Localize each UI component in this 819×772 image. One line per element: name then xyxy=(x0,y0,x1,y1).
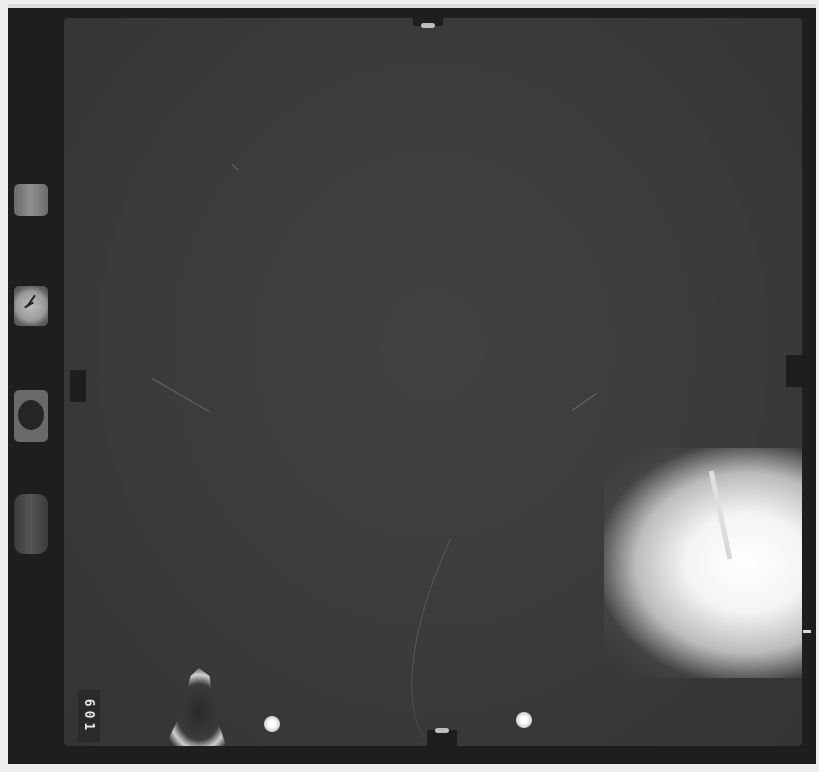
film-scratch xyxy=(232,164,239,170)
reflection-dot xyxy=(264,716,280,732)
fiducial-mark-right xyxy=(786,355,802,387)
frame-number: 601 xyxy=(78,690,100,742)
fiducial-mark-bottom xyxy=(427,730,457,746)
edge-tick-mark xyxy=(803,630,811,633)
film-crack-line xyxy=(347,538,566,746)
frame-number-text: 601 xyxy=(82,698,97,733)
fiducial-mark-left xyxy=(70,370,86,402)
island-landmass xyxy=(164,668,234,746)
reflection-dot xyxy=(516,712,532,728)
altimeter-icon xyxy=(14,184,48,216)
film-scratch xyxy=(572,393,597,411)
sun-glare xyxy=(604,448,802,678)
fiducial-mark-top xyxy=(413,10,443,26)
film-scratch xyxy=(152,378,210,412)
bubble-level-icon xyxy=(14,494,48,554)
clock-icon xyxy=(14,286,48,326)
aerial-photo-field xyxy=(64,18,802,746)
frame-counter-icon xyxy=(14,390,48,442)
